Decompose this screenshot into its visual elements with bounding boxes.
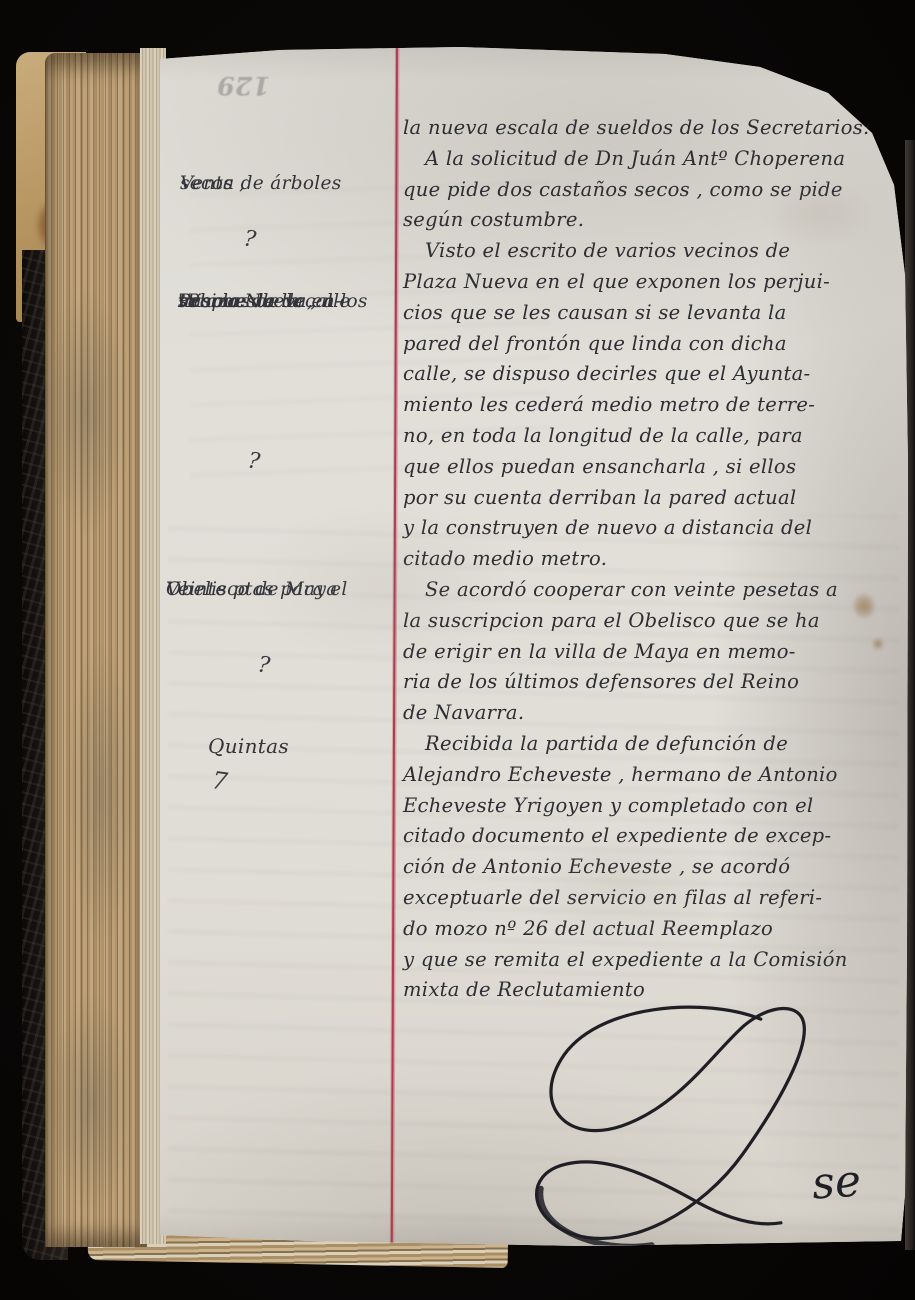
text-line: miento les cederá medio metro de terre-	[403, 390, 905, 421]
body-text: la nueva escala de sueldos de los Secret…	[403, 113, 905, 1006]
calligraphic-initial-Y	[498, 1003, 846, 1245]
manuscript-page: 129 Venta de árbolessecos , ? Propuesta …	[160, 45, 908, 1247]
text-line: la suscripcion para el Obelisco que se h…	[403, 606, 905, 637]
text-line: Visto el escrito de varios vecinos de	[403, 236, 905, 267]
text-line: que pide dos castaños secos , como se pi…	[403, 175, 905, 206]
text-line: según costumbre.	[403, 205, 905, 236]
margin-note-line: misma	[178, 285, 241, 319]
margin-note-line: Quintas	[208, 729, 289, 763]
text-line: no, en toda la longitud de la calle, par…	[403, 421, 905, 452]
text-line: mixta de Reclutamiento	[403, 975, 905, 1006]
rubric-mark: 7	[210, 766, 229, 796]
text-line: A la solicitud de Dn Juán Antº Choperena	[403, 144, 905, 175]
margin-note-line: Obelisco de Maya	[166, 573, 338, 607]
text-line: la nueva escala de sueldos de los Secret…	[403, 113, 905, 144]
text-line: y la construyen de nuevo a distancia del	[403, 513, 905, 544]
text-line: Alejandro Echeveste , hermano de Antonio	[403, 760, 905, 791]
text-line: Recibida la partida de defunción de	[403, 729, 905, 760]
book-fore-edge-pages	[45, 53, 147, 1247]
text-line: exceptuarle del servicio en filas al ref…	[403, 883, 905, 914]
margin-rule	[391, 45, 398, 1247]
text-line: citado medio metro.	[403, 544, 905, 575]
text-line: Echeveste Yrigoyen y completado con el	[403, 791, 905, 822]
text-line: pared del frontón que linda con dicha	[403, 329, 905, 360]
text-line: Plaza Nueva en el que exponen los perjui…	[403, 267, 905, 298]
book-photograph: 129 Venta de árbolessecos , ? Propuesta …	[0, 0, 915, 1300]
text-line: ción de Antonio Echeveste , se acordó	[403, 852, 905, 883]
text-line: por su cuenta derriban la pared actual	[403, 483, 905, 514]
text-line: cios que se les causan si se levanta la	[403, 298, 905, 329]
text-line: de Navarra.	[403, 698, 905, 729]
margin-note-line: secos ,	[180, 167, 245, 201]
catchword-se: se	[810, 1155, 863, 1209]
rubric-mark: ?	[242, 226, 257, 252]
text-line: citado documento el expediente de excep-	[403, 821, 905, 852]
text-line: calle, se dispuso decirles que el Ayunta…	[403, 359, 905, 390]
rubric-mark: ?	[256, 652, 271, 678]
page-number-bleedthrough: 129	[180, 71, 270, 100]
text-line: que ellos puedan ensancharla , si ellos	[403, 452, 905, 483]
text-line: ria de los últimos defensores del Reino	[403, 667, 905, 698]
text-line: y que se remita el expediente a la Comis…	[403, 945, 905, 976]
text-line: de erigir en la villa de Maya en memo-	[403, 637, 905, 668]
text-line: Se acordó cooperar con veinte pesetas a	[403, 575, 905, 606]
text-line: do mozo nº 26 del actual Reemplazo	[403, 914, 905, 945]
rubric-mark: ?	[246, 448, 261, 474]
